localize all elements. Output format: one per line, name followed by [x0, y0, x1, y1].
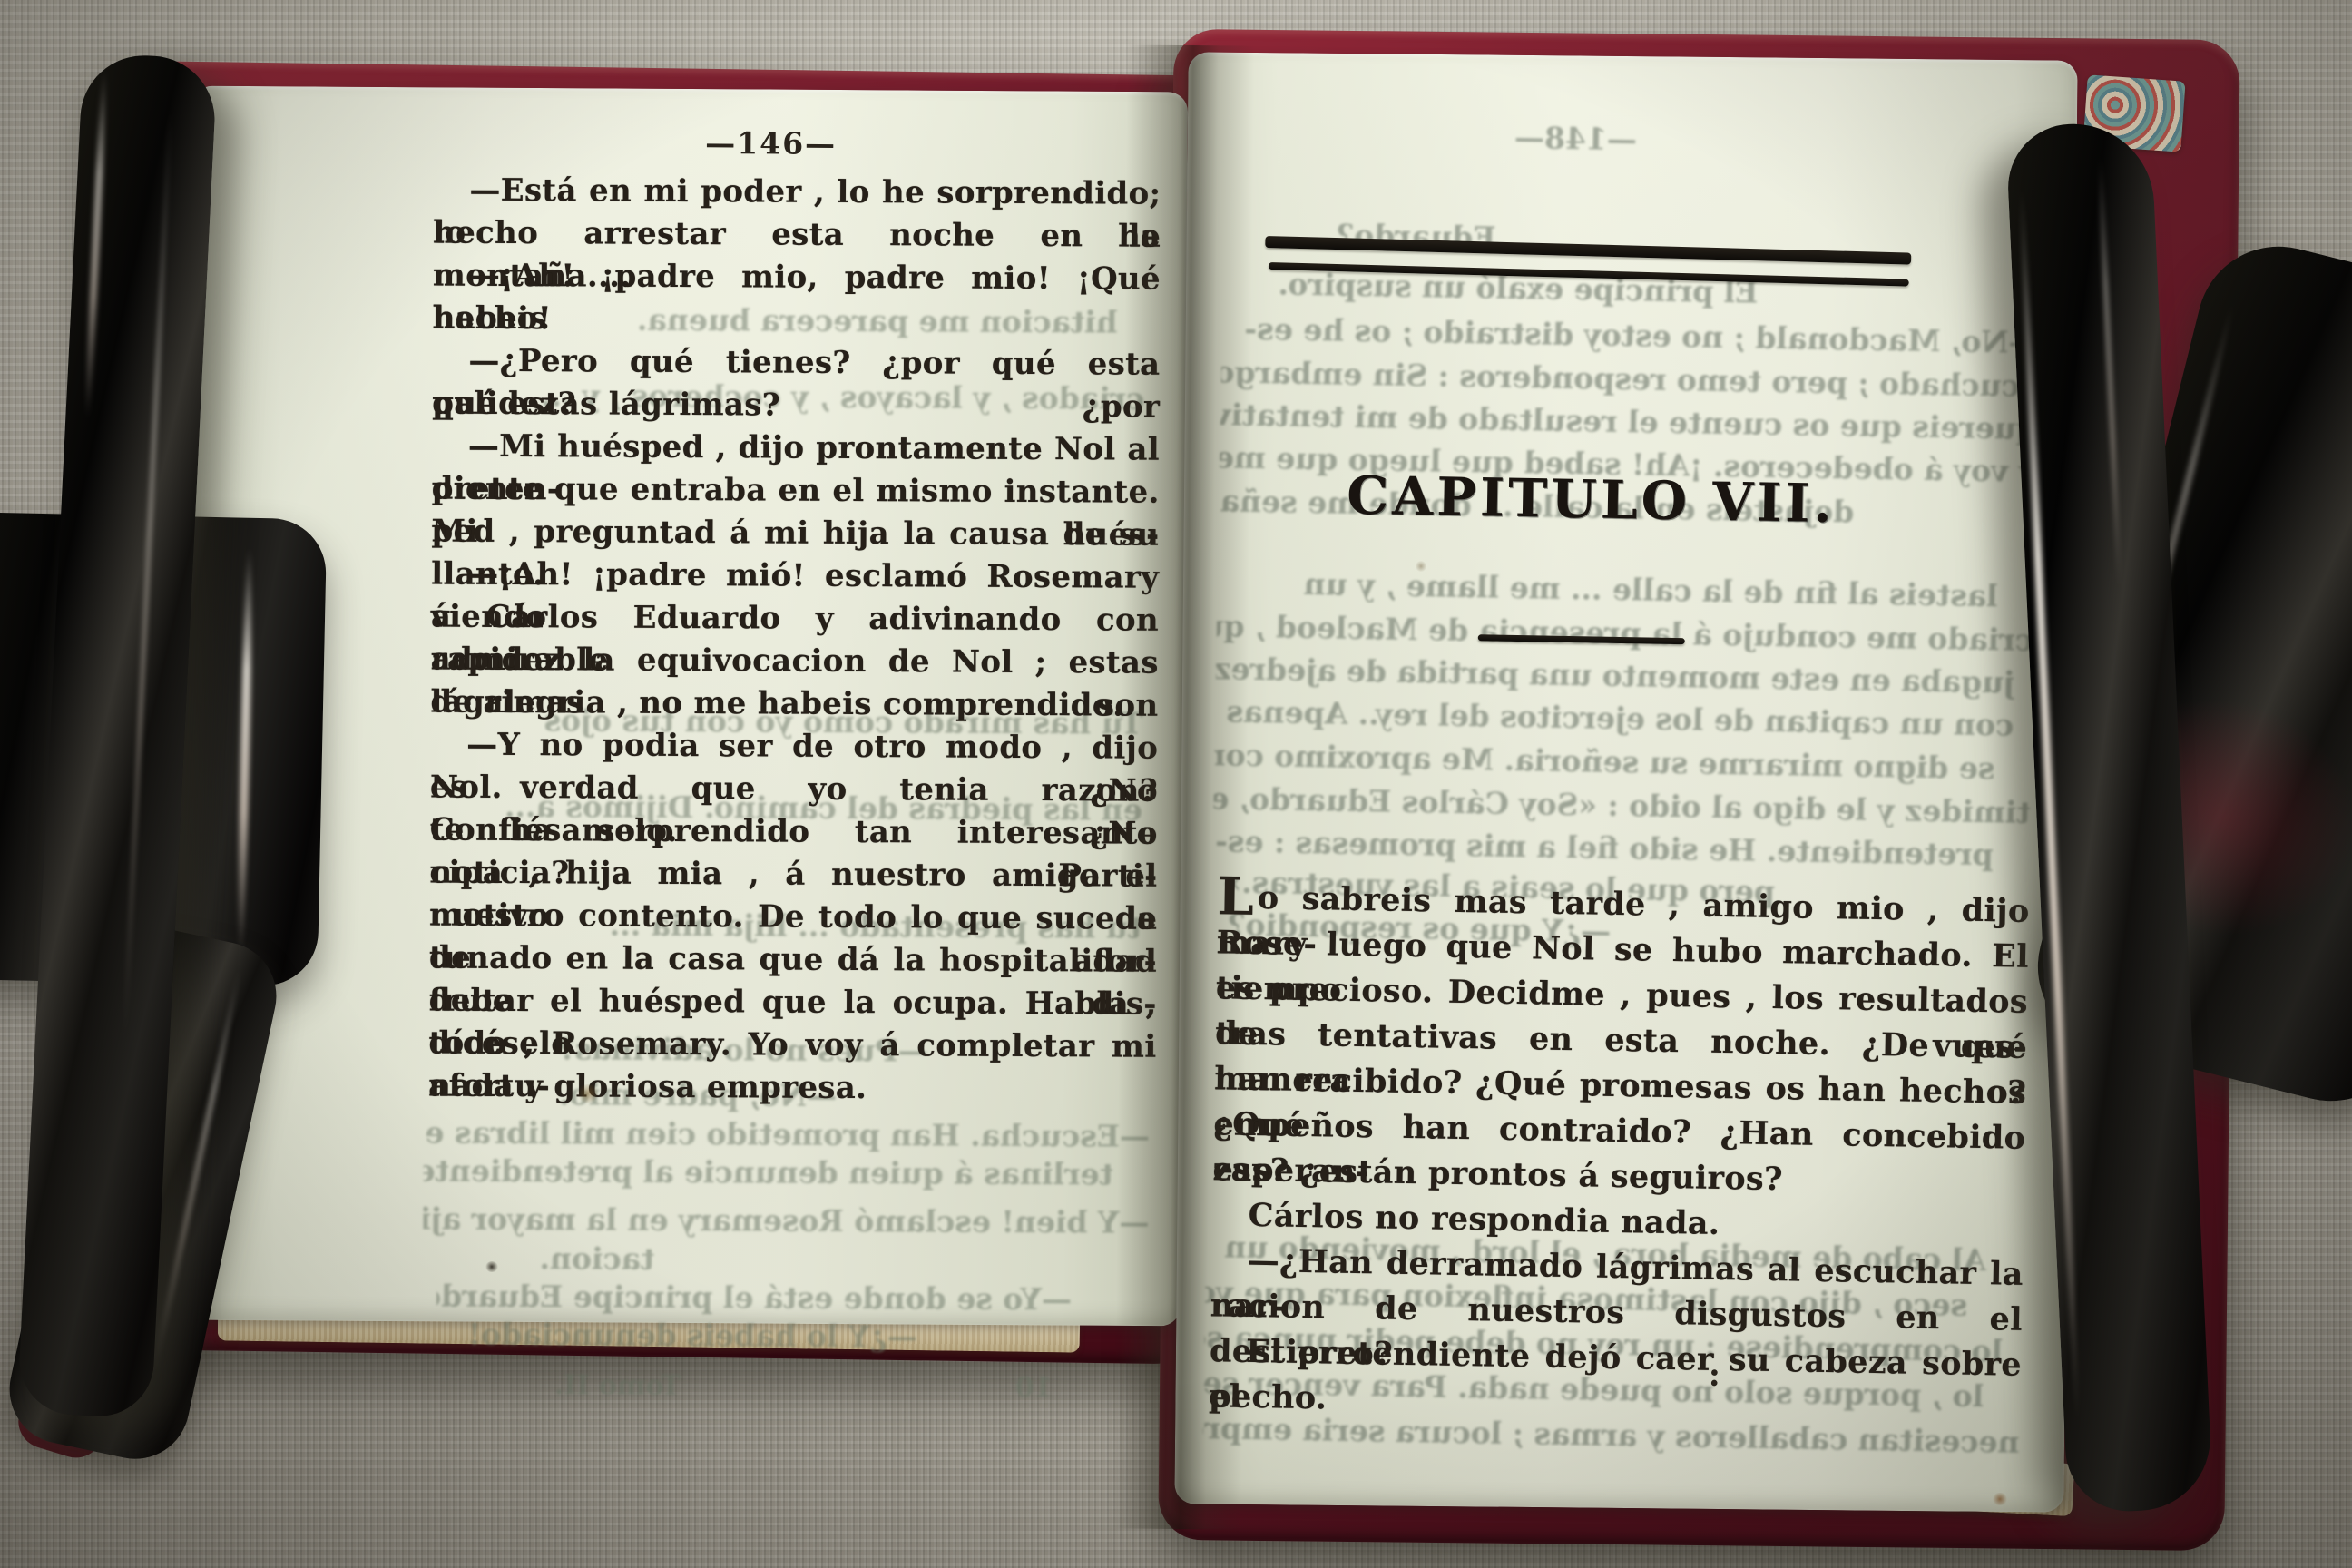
bleed-line: tacion. — [455, 1240, 654, 1277]
bleed-line: timidez y le digo al oido : «Soy Cárlos … — [1213, 780, 2031, 830]
bleed-signature-number: 10 — [980, 1372, 1053, 1404]
left-page-content: hitacion me parecera buena. criados , y … — [182, 86, 1184, 1326]
paper-stain — [1416, 561, 1426, 572]
bleed-line: cuchado ; pero temo responderos : Sin em… — [1221, 354, 2021, 403]
text-line: rapidez la equivocacion de Nol ; estas l… — [431, 639, 1159, 685]
bleed-page-number: —148— — [1485, 119, 1667, 157]
text-line: hecho! — [433, 298, 1161, 344]
text-line: —¡Ah! ¡padre mio, padre mio! ¡Qué habeis — [433, 255, 1161, 301]
photo-of-open-book: hitacion me parecera buena. criados , y … — [0, 0, 2352, 1568]
text-line: tunado en la casa que dá la hospitalidad… — [429, 937, 1157, 984]
catchword-mark: : — [1708, 1356, 1720, 1394]
text-line: te ha sorprendido tan interesante notici… — [430, 809, 1158, 856]
paper-stain — [576, 1084, 600, 1102]
text-line: de alegria , no me habeis comprendido. — [430, 681, 1158, 728]
text-line: hecho arrestar esta noche en la montaña.… — [433, 212, 1161, 259]
bleed-line: criado me condujo á la presencia de Macl… — [1217, 608, 2034, 658]
text-line: ped , preguntad á mi hija la causa de su… — [431, 511, 1159, 557]
left-page-number: —146— — [454, 124, 1089, 163]
left-page-text-block: —Está en mi poder , lo he sorprendido; l… — [428, 170, 1161, 1112]
text-line: nuestro contento. De todo lo que suceda … — [429, 895, 1157, 941]
bleed-line: —¿Y lo habeis denunciado! — [446, 1317, 917, 1355]
text-line: —Está en mi poder , lo he sorprendido; l… — [433, 170, 1161, 216]
text-line: frutar el huésped que la ocupa. Habla , … — [429, 980, 1157, 1026]
right-page-text-block: Lo sabreis mas tarde , amigo mio , dijo … — [1209, 875, 2030, 1434]
text-line: —Mi huésped , dijo prontamente Nol al pr… — [432, 426, 1160, 472]
bleed-line: quereis que os cuente el resultado de mi… — [1220, 397, 2038, 446]
book-gutter-shadow — [1114, 44, 1254, 1529]
text-line: es verdad que yo tenia razon? Confiésame… — [430, 767, 1158, 813]
text-line: —¡Ah! ¡padre mió! esclamó Rosemary viend… — [431, 554, 1159, 600]
text-line: nada y gloriosa empresa. — [428, 1065, 1156, 1112]
text-line: todo , Rosemary. Yo voy á completar mi a… — [428, 1023, 1156, 1069]
text-line: —Y no podia ser de otro modo , dijo Nol.… — [430, 724, 1158, 770]
bleed-line: —No, Macdonald ; no estoy distraido ; os… — [1221, 310, 2039, 360]
bleed-line: con un capitan de los ejercitos del rey.… — [1215, 693, 2014, 742]
bleed-line: —Yo se donde está el principe Eduardo... — [436, 1279, 1072, 1318]
chapter-top-rule-thick — [1265, 236, 1911, 265]
text-line: á Cárlos Eduardo y adivinando con admira… — [431, 596, 1159, 642]
bleed-line: terlinas á quien denuncie al pretendient… — [424, 1152, 1113, 1191]
bleed-tomo-mark: Tomo II. — [481, 1369, 681, 1402]
ink-speck — [485, 1261, 498, 1272]
right-page-content: —148— Eduardo? El principe exaló un susp… — [1156, 48, 2071, 1515]
text-line: diente que entraba en el mismo instante.… — [432, 468, 1160, 514]
bleed-line: se digno mirarme su señoria. Me aproximo… — [1214, 737, 1995, 786]
bleed-line: jugaba en este momento una partida de aj… — [1216, 651, 2015, 700]
text-line: —¿Pero qué tienes? ¿por qué esta palidez… — [432, 340, 1160, 387]
text-line: cipa , hija mia , á nuestro amigo el mot… — [429, 852, 1157, 898]
bleed-line: lasteis al fin de la calle ... me llame … — [1217, 564, 1998, 613]
paper-stain — [1992, 1493, 2008, 1505]
bleed-line: —Y bien! esclamó Rosemary en la mayor aj… — [423, 1200, 1149, 1240]
bleed-line: pretendiente. He sido fiel a mis promesa… — [1212, 823, 1994, 872]
bleed-line: —Escucha. Han prometido cien mil libras … — [424, 1115, 1150, 1154]
